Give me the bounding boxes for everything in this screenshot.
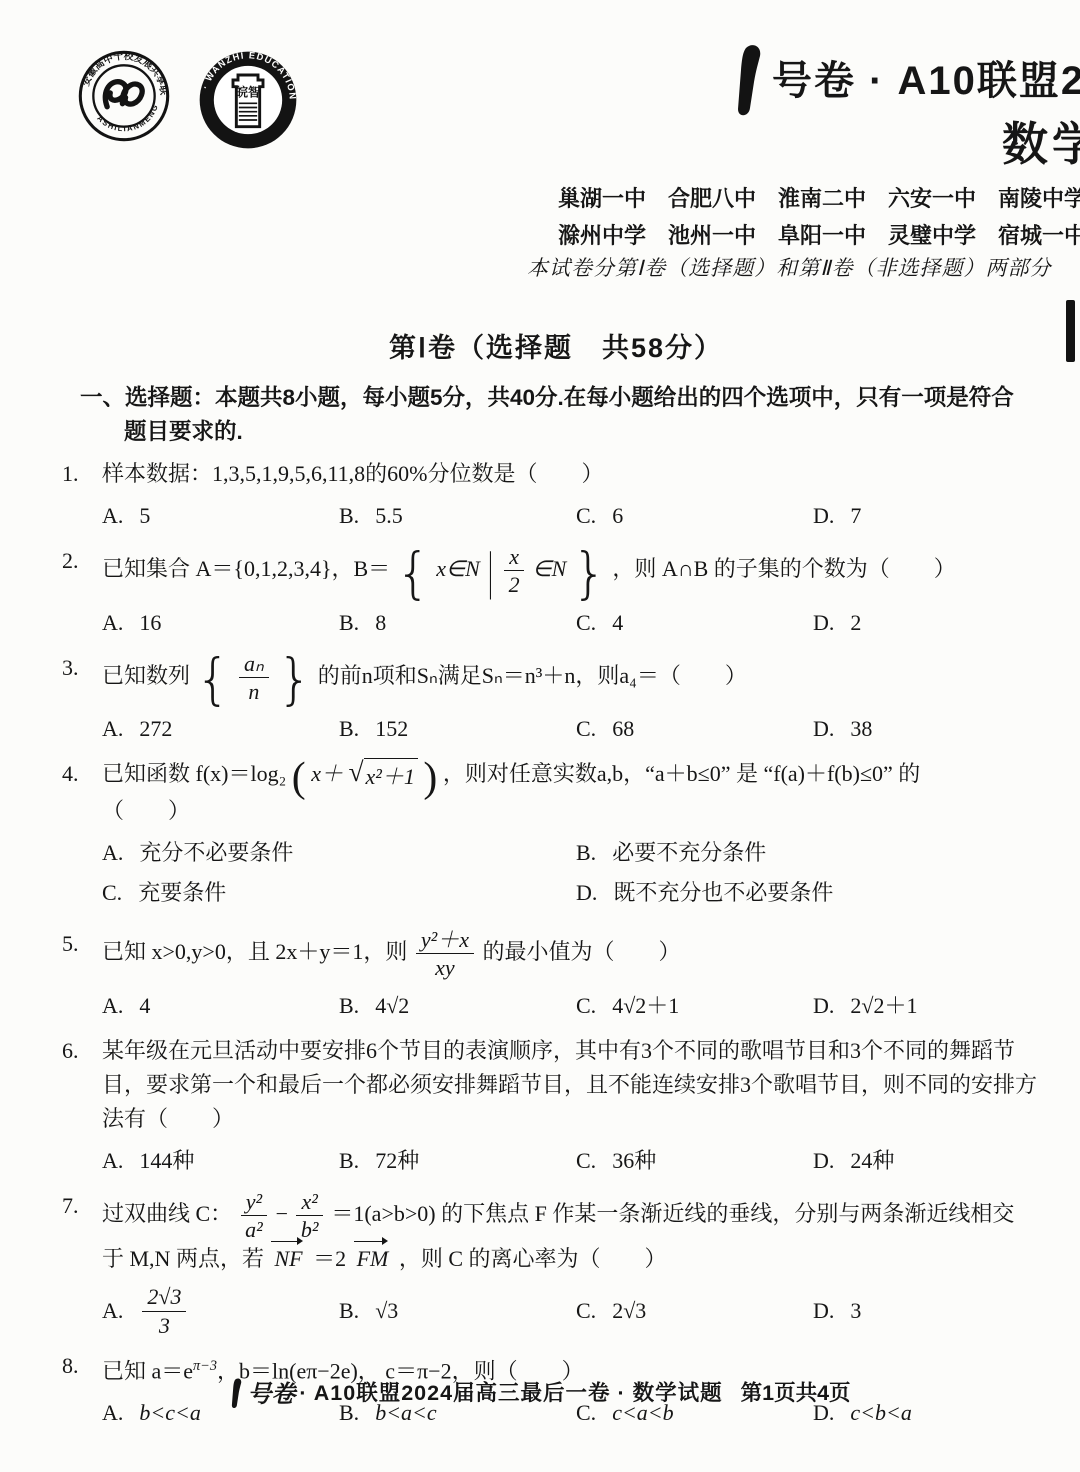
option-b: B.√3 — [339, 1284, 576, 1338]
square-root: √ x²＋1 — [348, 758, 417, 794]
question-2-text: 已知集合 A＝{0,1,2,3,4}，B＝ { x∈N | x 2 ∈N } ，… — [102, 544, 1050, 598]
question-1-text: 样本数据：1,3,5,1,9,5,6,11,8的60%分位数是（ ） — [102, 457, 1050, 491]
option-c: C.4√2＋1 — [576, 989, 813, 1023]
scan-artifact-bar — [1066, 300, 1075, 362]
left-brace: { — [396, 541, 431, 605]
right-brace: } — [572, 541, 607, 605]
option-d: D.既不充分也不必要条件 — [576, 876, 1050, 910]
option-a: A.4 — [102, 989, 339, 1023]
fraction: x² b² — [296, 1189, 322, 1243]
page-footer: 号卷 · A10联盟2024届高三最后一卷 · 数学试题 第1页共4页 — [0, 1374, 1080, 1409]
question-6: 6. 某年级在元旦活动中要安排6个节目的表演顺序，其中有3个不同的歌唱节目和3个… — [62, 1034, 1050, 1178]
option-a: A.16 — [102, 606, 339, 640]
option-b: B.72种 — [339, 1144, 576, 1178]
brand-one-brush-icon — [229, 1378, 244, 1410]
option-b: B.8 — [339, 606, 576, 640]
alliance-seal-icon: 安徽高中十校发展共享联盟 ASHILIANMENG — [78, 50, 170, 142]
footer-page-number: 第1页共4页 — [741, 1376, 851, 1407]
wanzhi-center-text: 皖智 — [235, 85, 261, 100]
option-d: D.2√2＋1 — [813, 989, 1050, 1023]
question-4: 4. 已知函数 f(x)＝log₂ ( x＋ √ x²＋1 ) ，则对任意实数a… — [62, 757, 1050, 916]
section-instruction: 一、选择题：本题共8小题，每小题5分，共40分.在每小题给出的四个选项中，只有一… — [80, 381, 1032, 449]
question-2-number: 2. — [62, 544, 102, 640]
school-list-line2: 滁州中学 池州一中 阜阳一中 灵璧中学 宿城一中 合 — [558, 217, 1080, 254]
paper-body: 第Ⅰ卷（选择题 共58分） 一、选择题：本题共8小题，每小题5分，共40分.在每… — [62, 326, 1050, 1441]
question-1-number: 1. — [62, 457, 102, 533]
question-2: 2. 已知集合 A＝{0,1,2,3,4}，B＝ { x∈N | x 2 ∈N … — [62, 544, 1050, 640]
option-c: C.6 — [576, 499, 813, 533]
question-4-text: 已知函数 f(x)＝log₂ ( x＋ √ x²＋1 ) ，则对任意实数a,b，… — [102, 757, 1050, 794]
school-list: 巢湖一中 合肥八中 淮南二中 六安一中 南陵中学 舒 滁州中学 池州一中 阜阳一… — [558, 180, 1080, 254]
option-d: D.24种 — [813, 1144, 1050, 1178]
exam-paper-page: 安徽高中十校发展共享联盟 ASHILIANMENG · WANZHI EDUCA… — [0, 0, 1080, 1472]
paper-subject: 数学 — [1002, 108, 1080, 174]
question-4-blank: （ ） — [102, 794, 1050, 828]
question-6-options: A.144种 B.72种 C.36种 D.24种 — [102, 1144, 1050, 1178]
question-4-number: 4. — [62, 757, 102, 916]
fraction: aₙ n — [239, 651, 269, 705]
vector-fm: FM — [355, 1246, 391, 1271]
question-2-options: A.16 B.8 C.4 D.2 — [102, 606, 1050, 640]
question-6-text: 某年级在元旦活动中要安排6个节目的表演顺序，其中有3个不同的歌唱节目和3个不同的… — [102, 1034, 1050, 1136]
exponent: π−3 — [193, 1358, 217, 1374]
option-c: C.4 — [576, 606, 813, 640]
option-c: C.36种 — [576, 1144, 813, 1178]
option-b: B.必要不充分条件 — [576, 836, 1050, 870]
wanzhi-seal-icon: · WANZHI EDUCATION · 皖智 — [198, 50, 298, 150]
option-b: B.5.5 — [339, 499, 576, 533]
left-paren: ( — [292, 755, 306, 801]
option-c: C.68 — [576, 712, 813, 746]
left-brace: { — [196, 647, 231, 711]
question-5-number: 5. — [62, 927, 102, 1023]
option-a: A.5 — [102, 499, 339, 533]
question-1-options: A.5 B.5.5 C.6 D.7 — [102, 499, 1050, 533]
question-5: 5. 已知 x>0,y>0，且 2x＋y＝1，则 y²＋x xy 的最小值为（ … — [62, 927, 1050, 1023]
option-d: D.2 — [813, 606, 1050, 640]
radical-sign: √ — [348, 758, 363, 786]
question-6-number: 6. — [62, 1034, 102, 1178]
question-7-text-line2: 于 M,N 两点，若 NF ＝2 FM ，则 C 的离心率为（ ） — [102, 1242, 1050, 1276]
section-title: 第Ⅰ卷（选择题 共58分） — [62, 326, 1050, 365]
brand-one-brush-icon — [732, 44, 766, 120]
right-brace: } — [277, 647, 312, 711]
option-c: C.充要条件 — [102, 876, 576, 910]
option-d: D.3 — [813, 1284, 1050, 1338]
question-7-options: A. 2√3 3 B.√3 C.2√3 D.3 — [102, 1284, 1050, 1338]
option-a: A.充分不必要条件 — [102, 836, 576, 870]
footer-title: · A10联盟2024届高三最后一卷 · 数学试题 — [299, 1376, 722, 1407]
header-logos: 安徽高中十校发展共享联盟 ASHILIANMENG · WANZHI EDUCA… — [78, 50, 298, 150]
option-c: C.2√3 — [576, 1284, 813, 1338]
option-a: A.144种 — [102, 1144, 339, 1178]
question-7: 7. 过双曲线 C： y² a² − x² b² ＝1(a>b>0) 的下焦点 … — [62, 1189, 1050, 1338]
footer-brand: 号卷 — [247, 1374, 295, 1409]
vector-nf: NF — [272, 1246, 304, 1271]
question-3-options: A.272 B.152 C.68 D.38 — [102, 712, 1050, 746]
fraction: x 2 — [504, 544, 524, 598]
question-5-text: 已知 x>0,y>0，且 2x＋y＝1，则 y²＋x xy 的最小值为（ ） — [102, 927, 1050, 981]
set-divider: | — [488, 530, 492, 612]
fraction: y² a² — [241, 1189, 267, 1243]
right-paren: ) — [423, 755, 437, 801]
question-7-number: 7. — [62, 1189, 102, 1338]
question-7-text-line1: 过双曲线 C： y² a² − x² b² ＝1(a>b>0) 的下焦点 F 作… — [102, 1189, 1050, 1243]
question-3-number: 3. — [62, 651, 102, 747]
option-d: D.7 — [813, 499, 1050, 533]
option-b: B.152 — [339, 712, 576, 746]
school-list-line1: 巢湖一中 合肥八中 淮南二中 六安一中 南陵中学 舒 — [558, 180, 1080, 217]
fraction: y²＋x xy — [416, 927, 474, 981]
question-4-options: A.充分不必要条件 B.必要不充分条件 C.充要条件 D.既不充分也不必要条件 — [102, 836, 1050, 916]
option-d: D.38 — [813, 712, 1050, 746]
question-3: 3. 已知数列 { aₙ n } 的前n项和Sₙ满足Sₙ＝n³＋n，则a₄＝（ … — [62, 651, 1050, 747]
paper-title: 号卷 · A10联盟20 — [772, 44, 1080, 118]
question-5-options: A.4 B.4√2 C.4√2＋1 D.2√2＋1 — [102, 989, 1050, 1023]
option-a: A. 2√3 3 — [102, 1284, 339, 1338]
question-1: 1. 样本数据：1,3,5,1,9,5,6,11,8的60%分位数是（ ） A.… — [62, 457, 1050, 533]
exam-structure-note: 本试卷分第Ⅰ卷（选择题）和第Ⅱ卷（非选择题）两部分 — [527, 252, 1052, 282]
option-a: A.272 — [102, 712, 339, 746]
question-3-text: 已知数列 { aₙ n } 的前n项和Sₙ满足Sₙ＝n³＋n，则a₄＝（ ） — [102, 651, 1050, 705]
fraction: 2√3 3 — [142, 1284, 186, 1338]
option-b: B.4√2 — [339, 989, 576, 1023]
